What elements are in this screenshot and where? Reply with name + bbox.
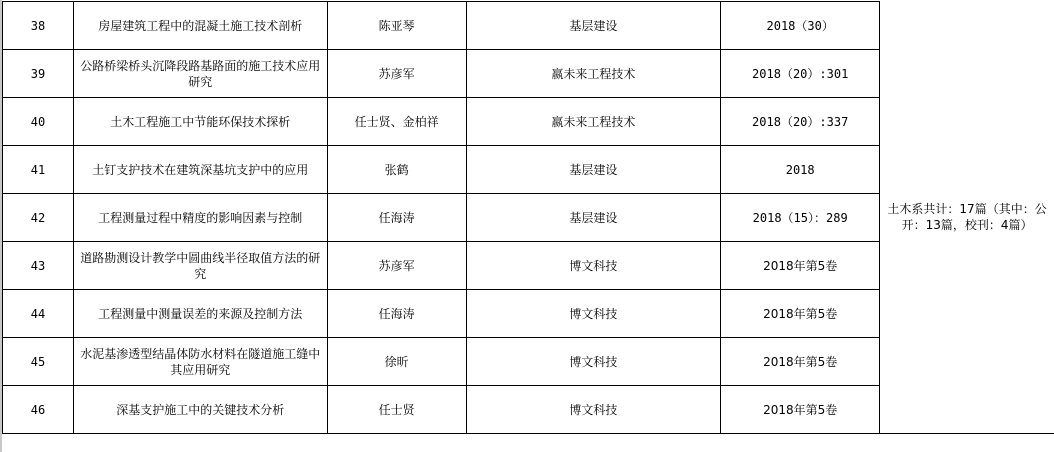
cell-author[interactable]: 任士贤 — [327, 386, 466, 434]
cell-title[interactable]: 工程测量过程中精度的影响因素与控制 — [73, 194, 327, 242]
cell-journal[interactable]: 基层建设 — [466, 146, 721, 194]
cell-issue[interactable]: 2018 — [721, 146, 880, 194]
cell-journal[interactable]: 博文科技 — [466, 290, 721, 338]
cell-issue[interactable]: 2018年第5卷 — [721, 290, 880, 338]
cell-author[interactable]: 苏彦军 — [327, 50, 466, 98]
cell-issue[interactable]: 2018年第5卷 — [721, 338, 880, 386]
cell-author[interactable]: 苏彦军 — [327, 242, 466, 290]
cell-title[interactable]: 土钉支护技术在建筑深基坑支护中的应用 — [73, 146, 327, 194]
cell-title[interactable]: 公路桥梁桥头沉降段路基路面的施工技术应用研究 — [73, 50, 327, 98]
cell-no[interactable]: 45 — [3, 338, 74, 386]
cell-no[interactable]: 44 — [3, 290, 74, 338]
cell-issue[interactable]: 2018（30） — [721, 2, 880, 50]
cell-title[interactable]: 水泥基渗透型结晶体防水材料在隧道施工缝中其应用研究 — [73, 338, 327, 386]
cell-no[interactable]: 38 — [3, 2, 74, 50]
cell-no[interactable]: 46 — [3, 386, 74, 434]
cell-title[interactable]: 房屋建筑工程中的混凝土施工技术剖析 — [73, 2, 327, 50]
cell-author[interactable]: 徐昕 — [327, 338, 466, 386]
cell-author[interactable]: 张鹤 — [327, 146, 466, 194]
cell-journal[interactable]: 博文科技 — [466, 386, 721, 434]
cell-journal[interactable]: 嬴未来工程技术 — [466, 50, 721, 98]
cell-journal[interactable]: 基层建设 — [466, 2, 721, 50]
publication-table: 38 房屋建筑工程中的混凝土施工技术剖析 陈亚琴 基层建设 2018（30） 土… — [2, 1, 1054, 434]
cell-issue[interactable]: 2018年第5卷 — [721, 242, 880, 290]
cell-author[interactable]: 任士贤、金柏祥 — [327, 98, 466, 146]
cell-no[interactable]: 40 — [3, 98, 74, 146]
cell-title[interactable]: 工程测量中测量误差的来源及控制方法 — [73, 290, 327, 338]
cell-journal[interactable]: 博文科技 — [466, 242, 721, 290]
cell-issue[interactable]: 2018（20）:337 — [721, 98, 880, 146]
cell-journal[interactable]: 博文科技 — [466, 338, 721, 386]
cell-journal[interactable]: 基层建设 — [466, 194, 721, 242]
cell-title[interactable]: 道路勘测设计教学中圆曲线半径取值方法的研究 — [73, 242, 327, 290]
summary-note-cell[interactable]: 土木系共计：17篇（其中：公开：13篇，校刊：4篇） — [880, 2, 1054, 434]
cell-author[interactable]: 任海涛 — [327, 194, 466, 242]
cell-no[interactable]: 41 — [3, 146, 74, 194]
cell-no[interactable]: 39 — [3, 50, 74, 98]
cell-no[interactable]: 43 — [3, 242, 74, 290]
cell-author[interactable]: 任海涛 — [327, 290, 466, 338]
cell-issue[interactable]: 2018（15）：289 — [721, 194, 880, 242]
cell-title[interactable]: 深基支护施工中的关键技术分析 — [73, 386, 327, 434]
cell-author[interactable]: 陈亚琴 — [327, 2, 466, 50]
cell-journal[interactable]: 嬴未来工程技术 — [466, 98, 721, 146]
cell-title[interactable]: 土木工程施工中节能环保技术探析 — [73, 98, 327, 146]
cell-no[interactable]: 42 — [3, 194, 74, 242]
cell-issue[interactable]: 2018年第5卷 — [721, 386, 880, 434]
table-row: 38 房屋建筑工程中的混凝土施工技术剖析 陈亚琴 基层建设 2018（30） 土… — [3, 2, 1054, 50]
cell-issue[interactable]: 2018（20）:301 — [721, 50, 880, 98]
